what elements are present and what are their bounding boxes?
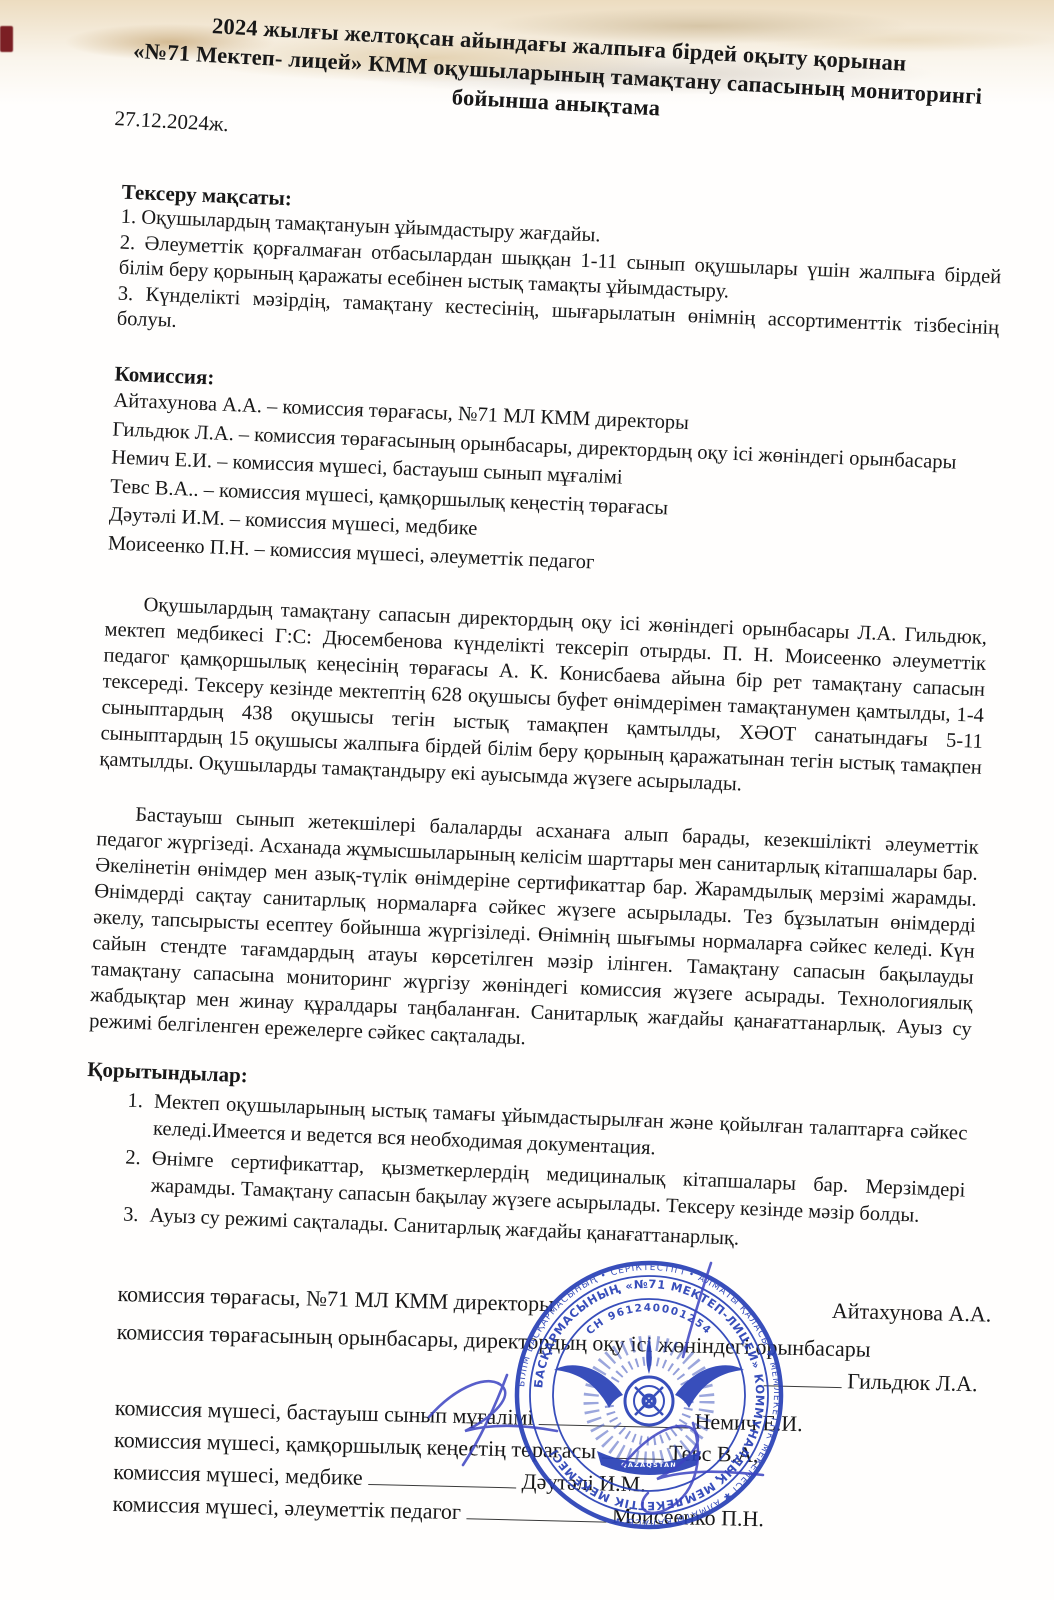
handwritten-signatures — [395, 1235, 825, 1535]
signature-name: Айтахунова А.А. — [832, 1298, 992, 1327]
body-paragraph: Бастауыш сынып жетекшілері балаларды асх… — [89, 800, 980, 1068]
scanned-document-page: 2024 жылғы желтоқсан айындағы жалпыға бі… — [0, 0, 1054, 1600]
handwritten-signature — [642, 1423, 698, 1513]
signature-name: Гильдюк Л.А. — [847, 1368, 978, 1396]
signature-role: комиссия мүшесі, медбике — [113, 1459, 363, 1490]
scan-edge-mark — [0, 26, 13, 52]
purpose-section: Тексеру мақсаты: 1. Оқушылардың тамақтан… — [116, 179, 1003, 367]
pen-stroke — [683, 1263, 711, 1357]
handwritten-signature — [622, 1426, 763, 1479]
conclusions-section: Қорытындылар: Мектеп оқушыларының ыстық … — [81, 1056, 969, 1264]
commission-section: Комиссия: Айтахунова А.А. – комиссия төр… — [107, 361, 996, 592]
document-header: 2024 жылғы желтоқсан айындағы жалпыға бі… — [114, 6, 999, 178]
document-body: Тексеру мақсаты: 1. Оқушылардың тамақтан… — [80, 179, 1004, 1303]
body-paragraph: Оқушылардың тамақтану сапасын директорды… — [99, 590, 987, 806]
